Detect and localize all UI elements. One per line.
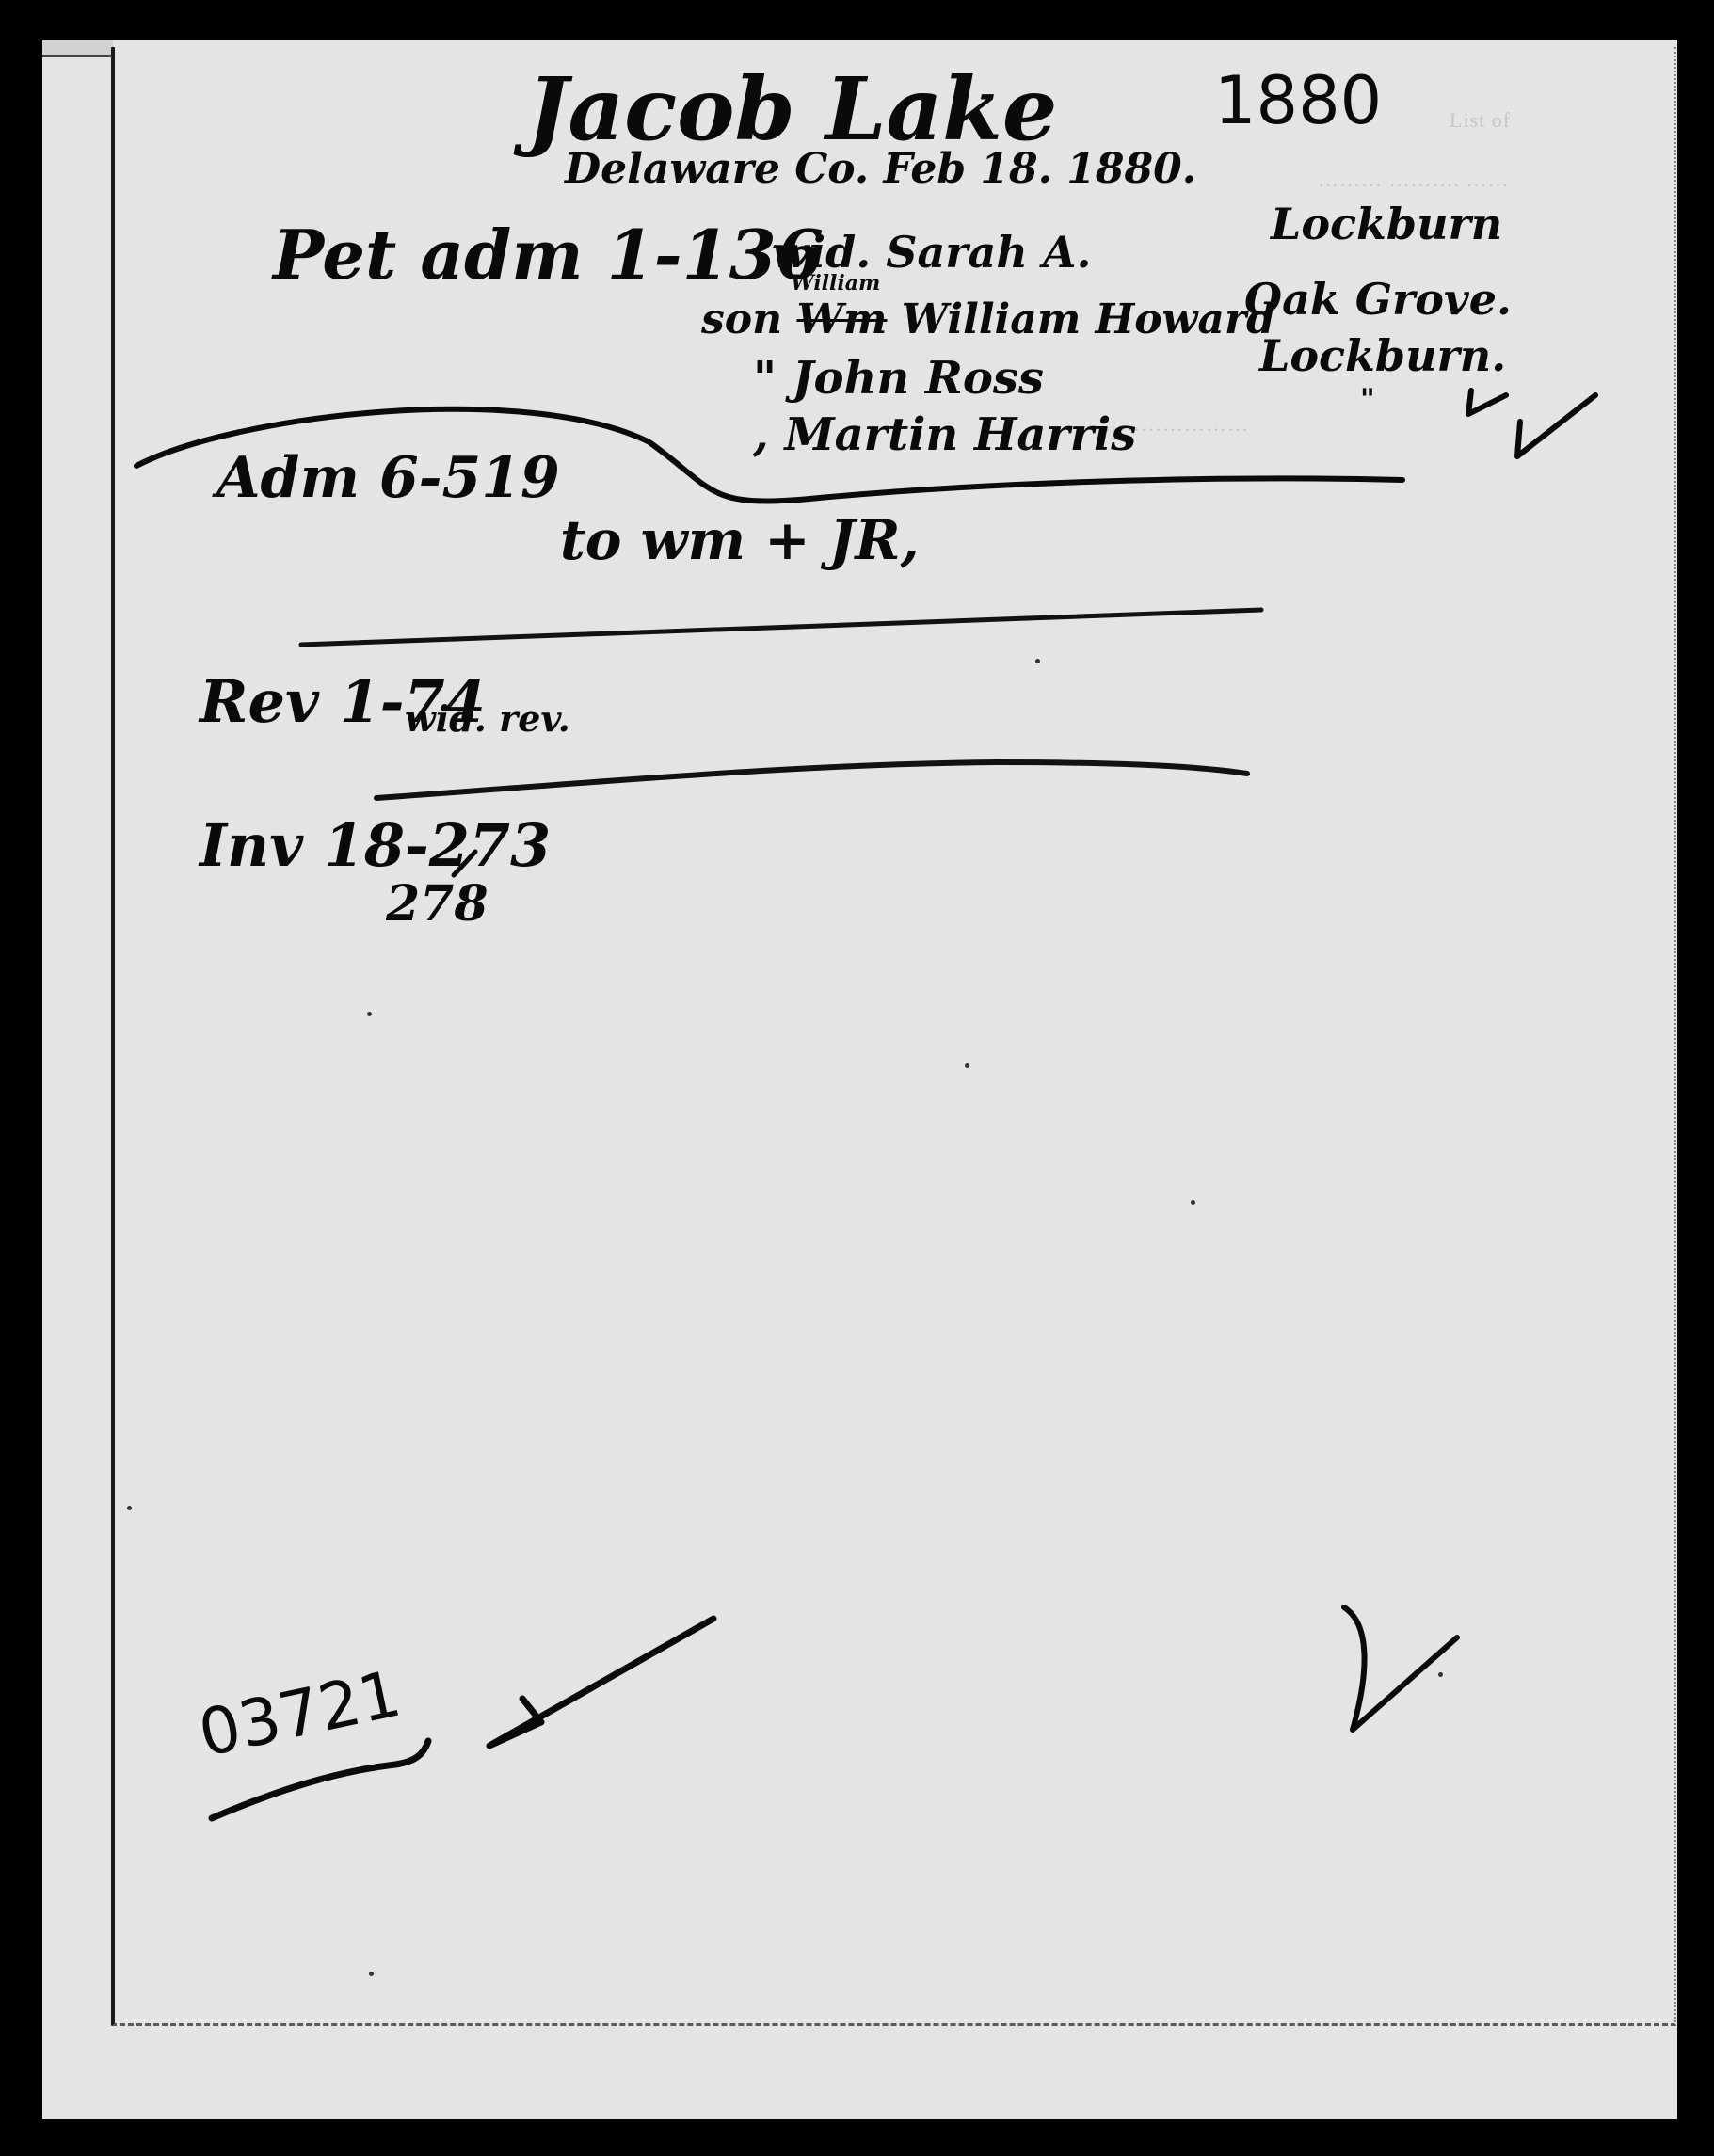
struck-text: Wm bbox=[796, 295, 887, 343]
record-note: wid. rev. bbox=[405, 701, 570, 737]
heir-name: John Ross bbox=[793, 352, 1044, 405]
residence-john: Lockburn. bbox=[1259, 334, 1506, 377]
bleedthrough-text: List of bbox=[1450, 108, 1511, 133]
residence-widow: Lockburn bbox=[1271, 202, 1502, 246]
ditto-mark: , bbox=[753, 408, 769, 461]
heir-son-william: son Wm William Howard bbox=[701, 299, 1275, 341]
heir-name: Martin Harris bbox=[784, 408, 1136, 461]
petition-label: Pet adm 1-136 bbox=[273, 221, 824, 289]
administration-label: Adm 6-519 bbox=[216, 450, 560, 506]
paper-tab-edge bbox=[42, 40, 113, 57]
ditto-mark: " bbox=[753, 352, 777, 405]
speck bbox=[1438, 1672, 1443, 1677]
heir-son-john: " John Ross bbox=[753, 356, 1044, 401]
inventory-alt-page: 278 bbox=[386, 880, 489, 929]
speck bbox=[1191, 1200, 1195, 1205]
inventory-label: Inv 18-273 bbox=[200, 817, 551, 875]
heir-name: Sarah A. bbox=[886, 227, 1091, 278]
william-superscript: William bbox=[791, 273, 880, 294]
heir-relation: son bbox=[701, 295, 782, 343]
heir-son-martin: , Martin Harris bbox=[753, 412, 1136, 457]
heir-widow: wid. Sarah A. bbox=[772, 231, 1092, 274]
decedent-name: Jacob Lake bbox=[527, 66, 1057, 152]
residence-william: Oak Grove. bbox=[1244, 278, 1512, 321]
speck bbox=[369, 1972, 374, 1976]
heir-name: William Howard bbox=[902, 295, 1275, 343]
bleedthrough-text: ……… ………. …… bbox=[1318, 168, 1510, 192]
place-and-date: Delaware Co. Feb 18. 1880. bbox=[565, 149, 1196, 190]
residence-martin-ditto: " bbox=[1360, 386, 1375, 414]
speck bbox=[127, 1506, 132, 1510]
record-year: 1880 bbox=[1214, 68, 1382, 134]
speck bbox=[367, 1012, 372, 1016]
heir-relation: wid. bbox=[772, 227, 871, 278]
speck bbox=[965, 1063, 969, 1068]
speck bbox=[1035, 659, 1040, 663]
administration-note: to wm + JR, bbox=[560, 513, 920, 567]
